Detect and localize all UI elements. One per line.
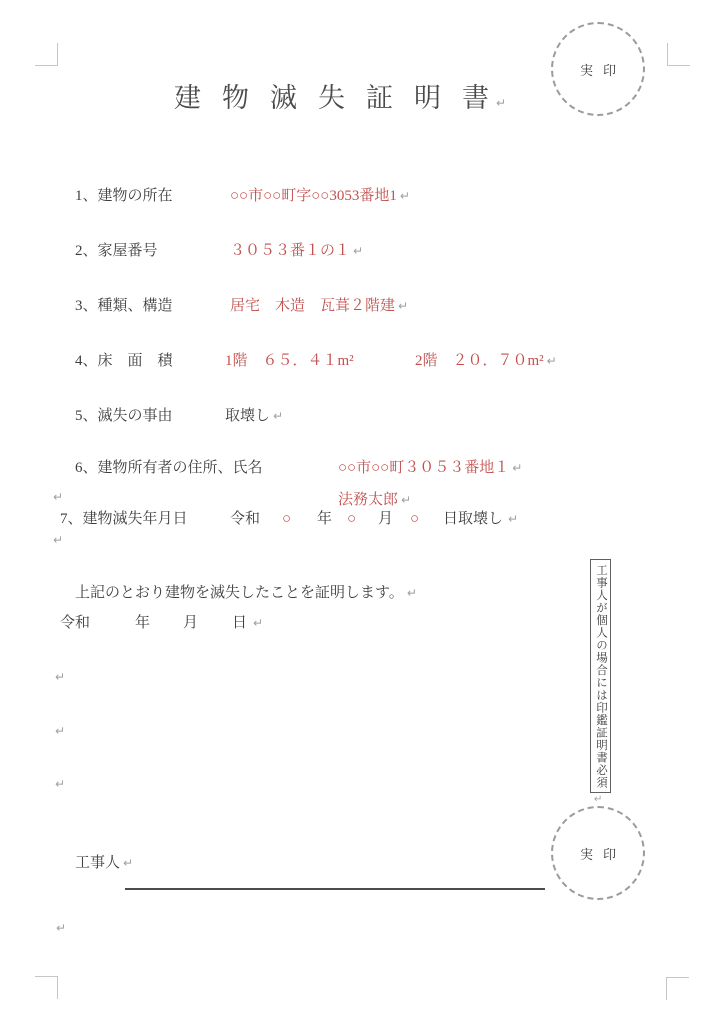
paragraph-mark: ↵ (594, 794, 602, 805)
paragraph-mark: ↵ (496, 96, 506, 110)
paragraph-mark: ↵ (353, 244, 363, 258)
seal-label: 実印 (580, 60, 626, 79)
paragraph-mark: ↵ (53, 490, 63, 504)
paragraph-mark: ↵ (508, 508, 518, 530)
line2-label: 2、家屋番号 (75, 240, 230, 262)
date-year-label: 年 (135, 612, 150, 634)
paragraph-mark: ↵ (55, 777, 65, 791)
line-loss-date: 7、建物滅失年月日 令和 ○ 年 ○ 月 ○ 日取壊し ↵ (60, 508, 620, 530)
paragraph-mark: ↵ (55, 724, 65, 738)
paragraph-mark: ↵ (400, 189, 410, 203)
crop-mark-top-right (667, 43, 690, 66)
line7-year-circle: ○ (282, 508, 291, 530)
line7-era: 令和 (230, 508, 260, 530)
line2-value: ３０５３番１の１ (230, 243, 350, 259)
line3-label: 3、種類、構造 (75, 295, 230, 317)
line5-label: 5、滅失の事由 (75, 405, 225, 427)
statement-text: 上記のとおり建物を滅失したことを証明します。 (75, 585, 404, 601)
paragraph-mark: ↵ (407, 586, 417, 600)
paragraph-mark: ↵ (547, 354, 557, 368)
line7-label: 7、建物滅失年月日 (60, 508, 188, 530)
crop-mark-bottom-left (35, 976, 58, 999)
crop-mark-bottom-right (666, 977, 689, 1000)
line7-day-circle: ○ (410, 508, 419, 530)
line5-value: 取壊し (225, 408, 270, 424)
line4-value-floor1: 1階 ６５．４１m² (225, 350, 415, 372)
line1-label: 1、建物の所在 (75, 185, 230, 207)
seal-placeholder-top: 実印 (551, 22, 645, 116)
document-title-text: 建物滅失証明書 (174, 83, 510, 113)
paragraph-mark: ↵ (123, 856, 133, 870)
contractor-line: 工事人↵ (60, 830, 133, 896)
paragraph-mark: ↵ (253, 612, 263, 634)
paragraph-mark: ↵ (401, 493, 411, 507)
date-day-label: 日 (232, 612, 247, 634)
seal-placeholder-bottom: 実印 (551, 806, 645, 900)
line6-name: 法務太郎 (338, 492, 398, 508)
paragraph-mark: ↵ (55, 670, 65, 684)
crop-mark-top-left (35, 43, 58, 66)
document-title: 建物滅失証明書↵ (60, 76, 620, 115)
paragraph-mark: ↵ (273, 409, 283, 423)
side-note-text: 工事人が個人の場合には印鑑証明書必須 (590, 564, 611, 789)
line7-year-label: 年 (317, 508, 332, 530)
line7-day-suffix: 日取壊し (443, 508, 503, 530)
paragraph-mark: ↵ (398, 299, 408, 313)
line4-value-floor2: 2階 ２０．７０m² (415, 353, 544, 369)
line7-month-label: 月 (378, 508, 393, 530)
paragraph-mark: ↵ (56, 921, 66, 935)
signature-date-line: 令和 年 月 日 ↵ (60, 612, 360, 634)
date-era: 令和 (60, 612, 90, 634)
signature-line (125, 888, 545, 890)
paragraph-mark: ↵ (512, 461, 522, 475)
certificate-page: 建物滅失証明書↵ 実印 1、建物の所在○○市○○町字○○3053番地1↵ 2、家… (0, 0, 720, 1024)
line3-value: 居宅 木造 瓦葺２階建 (230, 298, 395, 314)
seal-label: 実印 (580, 844, 626, 863)
paragraph-mark: ↵ (53, 533, 63, 547)
date-month-label: 月 (183, 612, 198, 634)
side-note-box: 工事人が個人の場合には印鑑証明書必須 (590, 559, 611, 793)
line4-label: 4、床 面 積 (75, 350, 225, 372)
line7-month-circle: ○ (347, 508, 356, 530)
contractor-label: 工事人 (75, 855, 120, 871)
line1-value: ○○市○○町字○○3053番地1 (230, 188, 397, 204)
